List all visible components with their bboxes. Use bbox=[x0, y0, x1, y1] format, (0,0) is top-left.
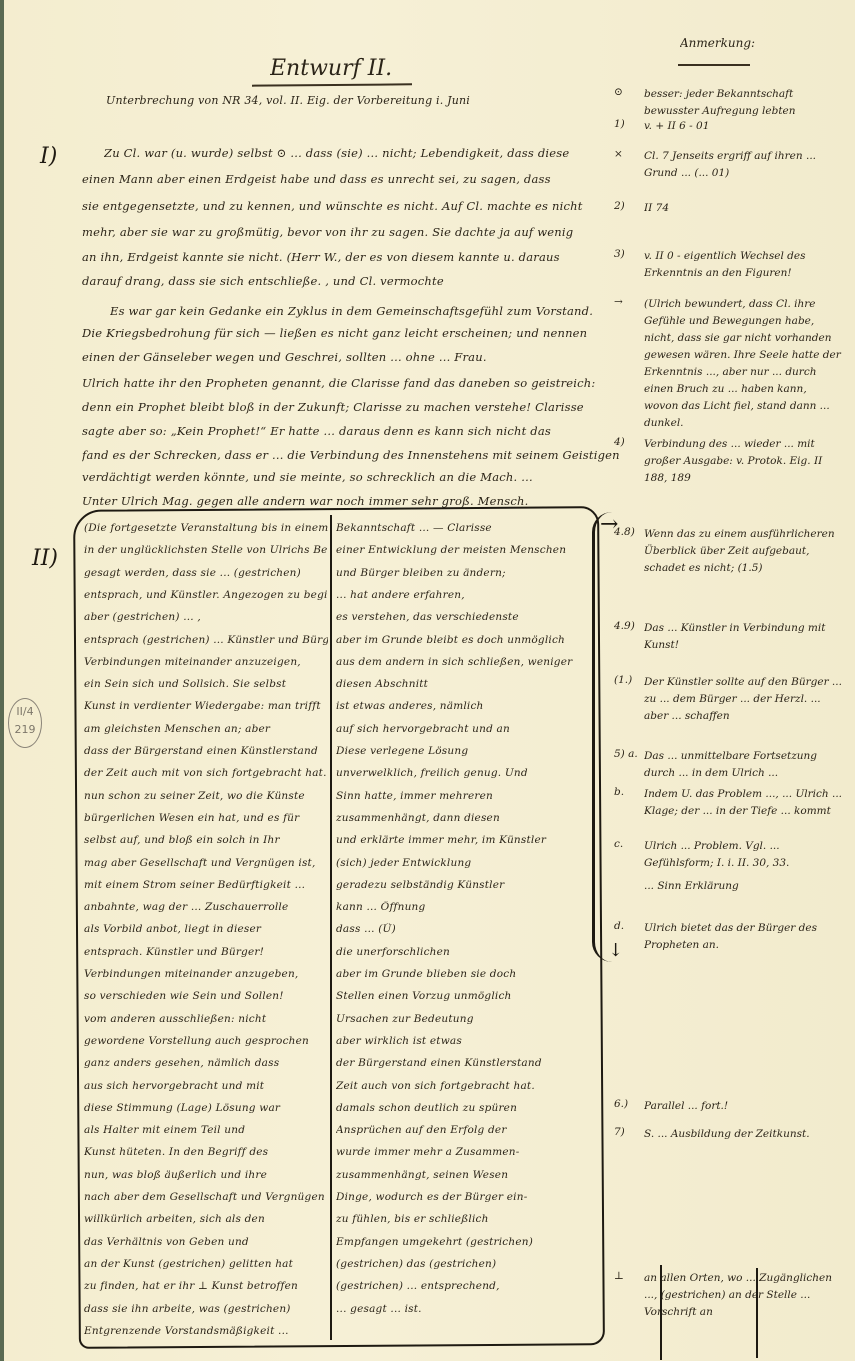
archive-signature-line1: II/4 bbox=[9, 703, 41, 721]
section-ii-left-line: entsprach (gestrichen) ... Künstler und … bbox=[84, 634, 328, 646]
section-ii-left-line: ein Sein sich und Sollsich. Sie selbst bbox=[84, 678, 328, 690]
annotation-item: 1)v. + II 6 - 01 bbox=[614, 118, 850, 139]
section-ii-left-line: zu finden, hat er ihr ⊥ Kunst betroffen bbox=[84, 1280, 328, 1292]
annotation-text: Cl. 7 Jenseits ergriff auf ihren ... Gru… bbox=[644, 148, 844, 182]
section-ii-left-line: an der Kunst (gestrichen) gelitten hat bbox=[84, 1258, 328, 1270]
section-i-line: denn ein Prophet bleibt bloß in der Zuku… bbox=[82, 400, 584, 414]
section-ii-right-line: Bekanntschaft ... — Clarisse bbox=[336, 522, 594, 534]
annotation-marker: ⊥ bbox=[614, 1270, 644, 1282]
section-i-line: sie entgegensetzte, und zu kennen, und w… bbox=[82, 199, 583, 213]
section-ii-left-line: ganz anders gesehen, nämlich dass bbox=[84, 1057, 328, 1069]
section-ii-right-line: Zeit auch von sich fortgebracht hat. bbox=[336, 1080, 594, 1092]
annotation-item: 4.8)Wenn das zu einem ausführlicheren Üb… bbox=[614, 526, 850, 581]
column-divider bbox=[330, 515, 332, 1340]
section-ii-left-line: mit einem Strom seiner Bedürftigkeit ... bbox=[84, 879, 328, 891]
section-ii-right-line: Ansprüchen auf den Erfolg der bbox=[336, 1124, 594, 1136]
section-i-line: Es war gar kein Gedanke ein Zyklus in de… bbox=[110, 304, 593, 318]
section-i-line: mehr, aber sie war zu großmütig, bevor v… bbox=[82, 225, 573, 239]
section-ii-right-line: (sich) jeder Entwicklung bbox=[336, 857, 594, 869]
annotation-marker: c. bbox=[614, 838, 644, 850]
section-i-line: verdächtigt werden könnte, und sie meint… bbox=[82, 470, 533, 484]
section-ii-right-line: Stellen einen Vorzug unmöglich bbox=[336, 990, 594, 1002]
annotation-item: b.Indem U. das Problem ..., ... Ulrich .… bbox=[614, 786, 850, 824]
annotation-item: 3)v. II 0 - eigentlich Wechsel des Erken… bbox=[614, 248, 850, 286]
title-underline bbox=[252, 83, 412, 86]
manuscript-page: Entwurf II. Unterbrechung von NR 34, vol… bbox=[0, 0, 855, 1361]
section-ii-right-line: Dinge, wodurch es der Bürger ein- bbox=[336, 1191, 594, 1203]
section-ii-right-line: geradezu selbständig Künstler bbox=[336, 879, 594, 891]
section-ii-left-line: der Zeit auch mit von sich fortgebracht … bbox=[84, 767, 328, 779]
annotation-marker: (1.) bbox=[614, 674, 644, 686]
annotation-text: v. + II 6 - 01 bbox=[644, 118, 844, 135]
section-ii-left-line: bürgerlichen Wesen ein hat, und es für bbox=[84, 812, 328, 824]
margin-vertical-line bbox=[660, 1265, 662, 1360]
annotation-text: Parallel ... fort.! bbox=[644, 1098, 844, 1115]
annotation-text: Indem U. das Problem ..., ... Ulrich ...… bbox=[644, 786, 844, 820]
annotation-text: Das ... Künstler in Verbindung mit Kunst… bbox=[644, 620, 844, 654]
section-ii-right-line: aber wirklich ist etwas bbox=[336, 1035, 594, 1047]
section-ii-left-line: am gleichsten Menschen an; aber bbox=[84, 723, 328, 735]
section-i-line: Zu Cl. war (u. wurde) selbst ⊙ ... dass … bbox=[104, 146, 569, 160]
section-ii-right-line: die unerforschlichen bbox=[336, 946, 594, 958]
archive-signature-stamp: II/4 219 bbox=[8, 698, 42, 748]
annotation-item: 7)S. ... Ausbildung der Zeitkunst. bbox=[614, 1126, 850, 1147]
section-ii-right-line: zusammenhängt, dann diesen bbox=[336, 812, 594, 824]
section-ii-left-line: (Die fortgesetzte Veranstaltung bis in e… bbox=[84, 522, 328, 534]
section-ii-right-line: der Bürgerstand einen Künstlerstand bbox=[336, 1057, 594, 1069]
annotation-item: 2)II 74 bbox=[614, 200, 850, 221]
annotation-item: 4)Verbindung des ... wieder ... mit groß… bbox=[614, 436, 850, 491]
annotation-marker: 4.8) bbox=[614, 526, 644, 538]
annotations-title-underline bbox=[678, 64, 750, 66]
annotation-text: Der Künstler sollte auf den Bürger ... z… bbox=[644, 674, 844, 725]
section-ii-right-line: ... hat andere erfahren, bbox=[336, 589, 594, 601]
annotation-text: v. II 0 - eigentlich Wechsel des Erkennt… bbox=[644, 248, 844, 282]
section-ii-left-line: mag aber Gesellschaft und Vergnügen ist, bbox=[84, 857, 328, 869]
section-ii-right-line: diesen Abschnitt bbox=[336, 678, 594, 690]
section-ii-right-line: zu fühlen, bis er schließlich bbox=[336, 1213, 594, 1225]
annotation-item: →(Ulrich bewundert, dass Cl. ihre Gefühl… bbox=[614, 296, 850, 436]
annotation-marker: → bbox=[614, 296, 644, 308]
annotation-text: an allen Orten, wo ... Zugänglichen ...,… bbox=[644, 1270, 844, 1321]
section-ii-right-line: Diese verlegene Lösung bbox=[336, 745, 594, 757]
section-ii-right-line: (gestrichen) das (gestrichen) bbox=[336, 1258, 594, 1270]
section-ii-right-line: zusammenhängt, seinen Wesen bbox=[336, 1169, 594, 1181]
section-ii-left-line: so verschieden wie Sein und Sollen! bbox=[84, 990, 328, 1002]
section-ii-left-line: entsprach, und Künstler. Angezogen zu be… bbox=[84, 589, 328, 601]
section-i-line: fand es der Schrecken, dass er ... die V… bbox=[82, 448, 620, 462]
annotation-text: (Ulrich bewundert, dass Cl. ihre Gefühle… bbox=[644, 296, 844, 432]
section-ii-right-line: es verstehen, das verschiedenste bbox=[336, 611, 594, 623]
section-i-line: Unter Ulrich Mag. gegen alle andern war … bbox=[82, 494, 528, 508]
section-ii-left-line: dass der Bürgerstand einen Künstlerstand bbox=[84, 745, 328, 757]
annotation-text: Ulrich bietet das der Bürger des Prophet… bbox=[644, 920, 844, 954]
annotation-text: S. ... Ausbildung der Zeitkunst. bbox=[644, 1126, 844, 1143]
annotation-item: c.Ulrich ... Problem. Vgl. ... Gefühlsfo… bbox=[614, 838, 850, 876]
section-ii-left-line: Kunst in verdienter Wiedergabe: man trif… bbox=[84, 700, 328, 712]
section-ii-right-line: ... gesagt ... ist. bbox=[336, 1303, 594, 1315]
section-ii-right-line: wurde immer mehr a Zusammen- bbox=[336, 1146, 594, 1158]
section-ii-left-line: das Verhältnis von Geben und bbox=[84, 1236, 328, 1248]
section-ii-right-line: aber im Grunde blieben sie doch bbox=[336, 968, 594, 980]
section-ii-left-line: diese Stimmung (Lage) Lösung war bbox=[84, 1102, 328, 1114]
section-ii-right-line: aber im Grunde bleibt es doch unmöglich bbox=[336, 634, 594, 646]
annotations-title: Anmerkung: bbox=[680, 36, 755, 50]
section-i-line: einen Mann aber einen Erdgeist habe und … bbox=[82, 172, 551, 186]
section-ii-right-line: kann ... Öffnung bbox=[336, 901, 594, 913]
annotation-item: 6.)Parallel ... fort.! bbox=[614, 1098, 850, 1119]
annotation-item: ×Cl. 7 Jenseits ergriff auf ihren ... Gr… bbox=[614, 148, 850, 186]
section-ii-right-line: aus dem andern in sich schließen, wenige… bbox=[336, 656, 594, 668]
annotation-marker: 4.9) bbox=[614, 620, 644, 632]
annotation-item: 5) a.Das ... unmittelbare Fortsetzung du… bbox=[614, 748, 850, 786]
section-i-line: Ulrich hatte ihr den Propheten genannt, … bbox=[82, 376, 595, 390]
margin-vertical-line bbox=[756, 1268, 758, 1358]
section-mark-i: I) bbox=[40, 144, 57, 169]
section-i-line: darauf drang, dass sie sich entschließe.… bbox=[82, 274, 444, 288]
section-ii-left-line: Verbindungen miteinander anzugeben, bbox=[84, 968, 328, 980]
section-ii-right-line: (gestrichen) ... entsprechend, bbox=[336, 1280, 594, 1292]
section-ii-left-line: gesagt werden, dass sie ... (gestrichen) bbox=[84, 567, 328, 579]
section-ii-right-line: ist etwas anderes, nämlich bbox=[336, 700, 594, 712]
annotation-text: Wenn das zu einem ausführlicheren Überbl… bbox=[644, 526, 844, 577]
section-ii-right-line: einer Entwicklung der meisten Menschen bbox=[336, 544, 594, 556]
annotation-marker: 5) a. bbox=[614, 748, 644, 760]
section-ii-left-line: Verbindungen miteinander anzuzeigen, bbox=[84, 656, 328, 668]
section-i-line: Die Kriegsbedrohung für sich — ließen es… bbox=[82, 326, 587, 340]
section-ii-left-line: aus sich hervorgebracht und mit bbox=[84, 1080, 328, 1092]
annotation-marker: 2) bbox=[614, 200, 644, 212]
section-ii-left-line: als Halter mit einem Teil und bbox=[84, 1124, 328, 1136]
annotation-marker: b. bbox=[614, 786, 644, 798]
annotation-text: Ulrich ... Problem. Vgl. ... Gefühlsform… bbox=[644, 838, 844, 872]
section-mark-ii: II) bbox=[32, 546, 58, 571]
section-ii-right-line: damals schon deutlich zu spüren bbox=[336, 1102, 594, 1114]
section-ii-left-line: gewordene Vorstellung auch gesprochen bbox=[84, 1035, 328, 1047]
section-ii-right-line: Ursachen zur Bedeutung bbox=[336, 1013, 594, 1025]
archive-signature-line2: 219 bbox=[9, 721, 41, 739]
section-ii-left-line: als Vorbild anbot, liegt in dieser bbox=[84, 923, 328, 935]
section-ii-right-line: Empfangen umgekehrt (gestrichen) bbox=[336, 1236, 594, 1248]
section-ii-right-line: auf sich hervorgebracht und an bbox=[336, 723, 594, 735]
annotation-marker: 1) bbox=[614, 118, 644, 130]
section-ii-right-line: und Bürger bleiben zu ändern; bbox=[336, 567, 594, 579]
section-ii-left-line: entsprach. Künstler und Bürger! bbox=[84, 946, 328, 958]
section-ii-left-line: Kunst hüteten. In den Begriff des bbox=[84, 1146, 328, 1158]
annotation-marker: 3) bbox=[614, 248, 644, 260]
annotation-marker: 7) bbox=[614, 1126, 644, 1138]
annotation-marker: d. bbox=[614, 920, 644, 932]
section-ii-left-line: willkürlich arbeiten, sich als den bbox=[84, 1213, 328, 1225]
annotation-marker: × bbox=[614, 148, 644, 160]
section-ii-right-line: Sinn hatte, immer mehreren bbox=[336, 790, 594, 802]
annotation-text: Verbindung des ... wieder ... mit großer… bbox=[644, 436, 844, 487]
section-ii-right-line: unverwelklich, freilich genug. Und bbox=[336, 767, 594, 779]
section-ii-left-line: nach aber dem Gesellschaft und Vergnügen bbox=[84, 1191, 328, 1203]
annotation-item: d.Ulrich bietet das der Bürger des Proph… bbox=[614, 920, 850, 958]
page-title: Entwurf II. bbox=[270, 56, 392, 81]
annotation-item: 4.9)Das ... Künstler in Verbindung mit K… bbox=[614, 620, 850, 658]
section-ii-left-line: nun schon zu seiner Zeit, wo die Künste bbox=[84, 790, 328, 802]
section-i-line: einen der Gänseleber wegen und Geschrei,… bbox=[82, 350, 487, 364]
section-ii-left-line: vom anderen ausschließen: nicht bbox=[84, 1013, 328, 1025]
section-ii-right-line: dass ... (Ü) bbox=[336, 923, 594, 935]
section-ii-left-line: aber (gestrichen) ... , bbox=[84, 611, 328, 623]
annotation-item: ... Sinn Erklärung bbox=[614, 878, 850, 899]
heading-note: Unterbrechung von NR 34, vol. II. Eig. d… bbox=[106, 94, 470, 107]
annotation-marker: 6.) bbox=[614, 1098, 644, 1110]
section-i-line: an ihn, Erdgeist kannte sie nicht. (Herr… bbox=[82, 250, 560, 264]
annotation-text: ... Sinn Erklärung bbox=[644, 878, 844, 895]
annotation-text: Das ... unmittelbare Fortsetzung durch .… bbox=[644, 748, 844, 782]
annotation-text: besser: jeder Bekanntschaft bewusster Au… bbox=[644, 86, 844, 120]
section-ii-left-line: dass sie ihn arbeite, was (gestrichen) bbox=[84, 1303, 328, 1315]
annotation-text: II 74 bbox=[644, 200, 844, 217]
section-i-line: sagte aber so: „Kein Prophet!“ Er hatte … bbox=[82, 424, 551, 438]
section-ii-right-line: und erklärte immer mehr, im Künstler bbox=[336, 834, 594, 846]
section-ii-left-line: Entgrenzende Vorstandsmäßigkeit ... bbox=[84, 1325, 328, 1337]
annotation-marker: 4) bbox=[614, 436, 644, 448]
section-ii-left-line: in der unglücklichsten Stelle von Ulrich… bbox=[84, 544, 328, 556]
section-ii-left-line: selbst auf, und bloß ein solch in Ihr bbox=[84, 834, 328, 846]
section-ii-left-line: anbahnte, wag der ... Zuschauerrolle bbox=[84, 901, 328, 913]
annotation-item: (1.)Der Künstler sollte auf den Bürger .… bbox=[614, 674, 850, 729]
annotation-item: ⊥an allen Orten, wo ... Zugänglichen ...… bbox=[614, 1270, 850, 1325]
annotation-marker: ⊙ bbox=[614, 86, 644, 98]
page-edge bbox=[0, 0, 4, 1361]
section-ii-left-line: nun, was bloß äußerlich und ihre bbox=[84, 1169, 328, 1181]
